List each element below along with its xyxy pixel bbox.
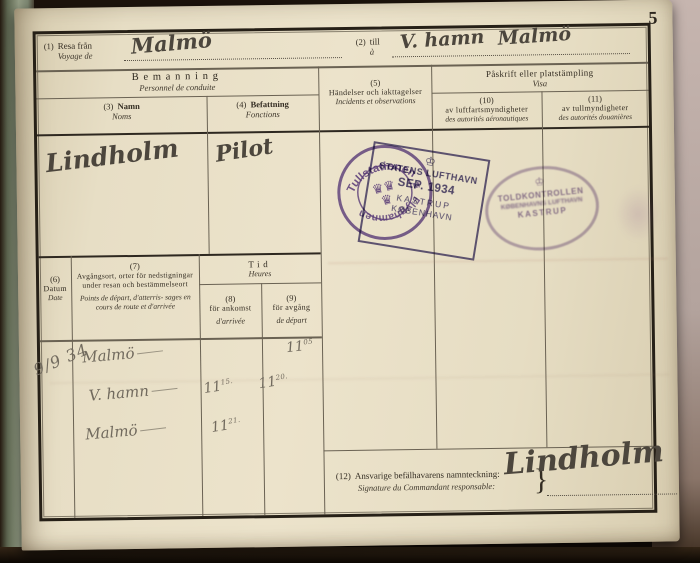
- dotted-rule: [392, 53, 630, 57]
- dotted-rule: [124, 57, 342, 61]
- logbook-page: 5 (1)R: [14, 0, 680, 551]
- visa-section-header: Påskrift eller platstämpling Visa: [431, 67, 648, 90]
- route-column-header: (7) Avgångsort, orter för nedstigningar …: [73, 260, 198, 311]
- field-resa-fran: (1)Resa frånVoyage de: [44, 41, 93, 62]
- field2-sublabel: à: [370, 47, 380, 57]
- signature-label-block: (12) Ansvarige befälhavarens namntecknin…: [336, 469, 500, 493]
- airport-rect-stamp: ♔ STATENS LUFTHAVN SEP. 1934 KASTRUP KØB…: [358, 141, 491, 261]
- role-column-header: (4) Befattning Fonctions: [207, 98, 319, 120]
- departure-col-label: för avgång: [261, 302, 321, 312]
- arrival-column-header: (8) för ankomst d'arrivée: [199, 293, 261, 326]
- name-col-label: Namn: [118, 101, 140, 111]
- time-minutes: 05: [303, 337, 313, 346]
- signature-number: (12): [336, 471, 351, 481]
- name-col-number: (3): [103, 101, 113, 111]
- signature-label: Ansvarige befälhavarens namnteckning:: [355, 469, 500, 481]
- grid-line: [318, 66, 325, 514]
- signature-dotted-rule: [547, 493, 677, 496]
- time-minutes: 15.: [220, 377, 233, 387]
- time-subtitle: Heures: [199, 268, 321, 279]
- time-minutes: 21.: [228, 416, 241, 426]
- handwritten-origin: Malmö: [130, 27, 213, 59]
- journey-row-place: Malmö: [81, 342, 164, 367]
- handwritten-crew-name: Lindholm: [44, 133, 180, 178]
- grid-line: [37, 126, 649, 137]
- handwritten-destination-1: V. hamn: [399, 26, 485, 54]
- journey-row-arrival-time: 1115.: [203, 377, 235, 397]
- grid-line: [541, 91, 547, 447]
- visa-aero-sublabel: des autorités aéronautiques: [434, 113, 540, 123]
- photograph-of-logbook: 5 (1)R: [0, 0, 700, 563]
- field1-label: Resa från: [58, 41, 93, 51]
- journey-row-place: V. hamn: [88, 379, 178, 404]
- signature-sublabel: Signature du Commandant responsable:: [358, 481, 500, 493]
- handwritten-crew-role: Pilot: [214, 133, 275, 168]
- visa-customs-sublabel: des autorités douanières: [544, 112, 647, 122]
- form-frame: (1)Resa frånVoyage de Malmö (2)tillà V. …: [33, 23, 658, 522]
- incidents-column-header: (5) Händelser och iakttagelser Incidents…: [320, 77, 430, 107]
- time-hours: 11: [257, 374, 277, 393]
- name-column-header: (3) Namn Noms: [37, 100, 207, 122]
- arrival-col-label: för ankomst: [199, 303, 261, 313]
- grid-line: [39, 252, 321, 258]
- journey-row-departure-time: 1105: [285, 337, 314, 356]
- visa-aero-column-header: (10) av luftfartsmyndigheter des autorit…: [434, 94, 540, 123]
- handwritten-destination-2: Malmö: [497, 23, 572, 50]
- role-col-label: Befattning: [250, 99, 288, 110]
- field2-label: till: [370, 37, 380, 47]
- role-col-sublabel: Fonctions: [207, 108, 319, 120]
- visa-customs-column-header: (11) av tullmyndigheter des autorités do…: [543, 93, 646, 122]
- form-grid: (1)Resa frånVoyage de Malmö (2)tillà V. …: [36, 26, 655, 518]
- journey-row-departure-time: 1120.: [257, 372, 289, 392]
- time-section-header: Tid Heures: [199, 258, 321, 279]
- journey-row-arrival-time: 1121.: [210, 416, 242, 436]
- date-col-sublabel: Date: [39, 293, 71, 302]
- field2-number: (2): [356, 37, 366, 47]
- visa-subtitle: Visa: [431, 77, 648, 90]
- departure-col-sublabel: de départ: [262, 315, 322, 325]
- field1-sublabel: Voyage de: [58, 51, 93, 61]
- departure-column-header: (9) för avgång de départ: [261, 292, 321, 325]
- date-col-number: (6): [39, 274, 71, 284]
- route-col-sublabel: Points de départ, d'atterris- sages en c…: [73, 292, 197, 312]
- time-hours: 11: [285, 338, 305, 356]
- field-till: (2)tillà: [356, 37, 380, 57]
- date-col-label: Datum: [39, 284, 71, 293]
- crew-section-header: Bemanning Personnel de conduite: [36, 69, 318, 94]
- name-col-sublabel: Noms: [37, 110, 207, 122]
- time-hours: 11: [203, 378, 223, 397]
- field1-number: (1): [44, 41, 54, 51]
- role-col-number: (4): [236, 99, 246, 109]
- time-minutes: 20.: [275, 372, 288, 382]
- arrival-col-sublabel: d'arrivée: [200, 316, 262, 326]
- journey-row-place: Malmö: [85, 419, 168, 444]
- handwritten-signature: Lindholm: [502, 434, 665, 482]
- date-column-header: (6) Datum Date: [39, 274, 71, 302]
- route-col-label: Avgångsort, orter för nedstigningar unde…: [73, 270, 197, 290]
- incidents-sublabel: Incidents et observations: [321, 96, 431, 107]
